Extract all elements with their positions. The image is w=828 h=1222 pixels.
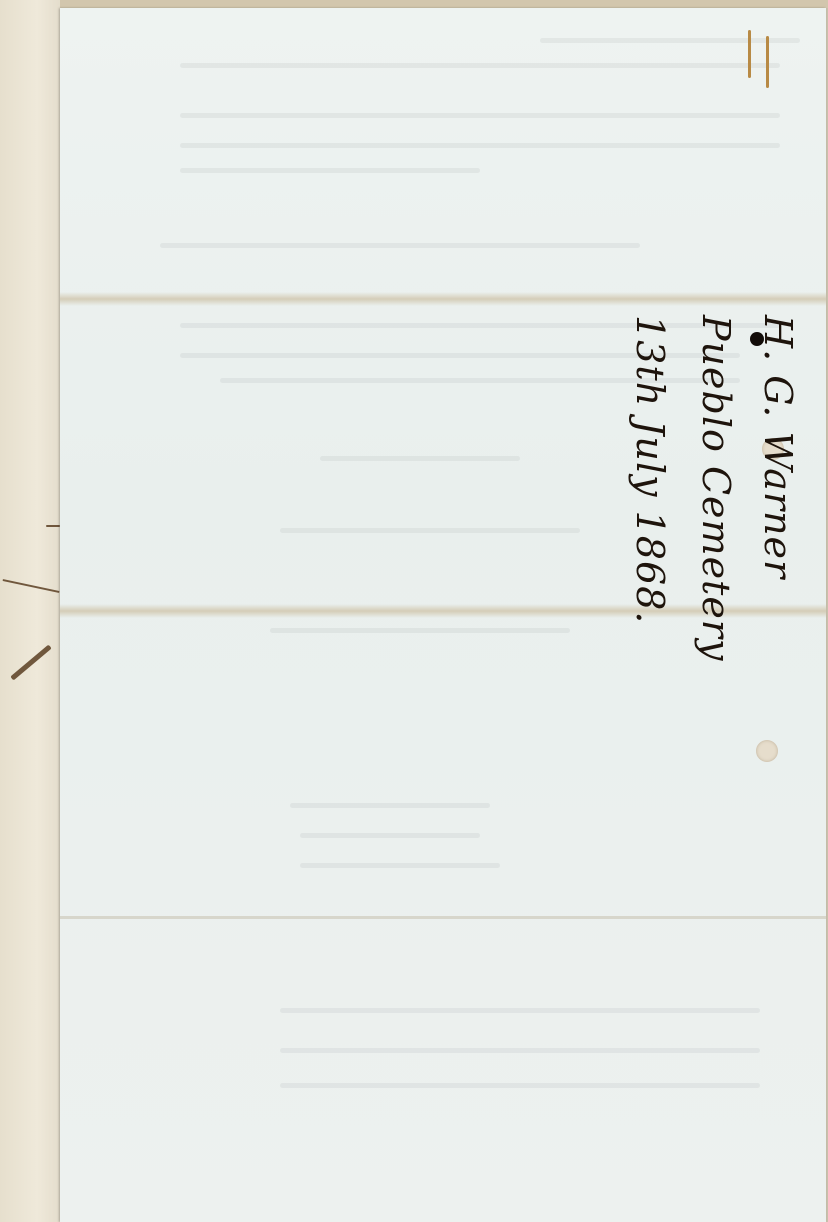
backing-sheet-ink-stroke <box>10 645 52 681</box>
pin-mark <box>748 30 751 78</box>
bleed-through-line <box>280 1083 760 1088</box>
backing-sheet-ink-stroke <box>2 579 59 593</box>
bleed-through-line <box>280 1048 760 1053</box>
fold-crease-lower <box>60 916 826 919</box>
top-edge-strip <box>60 0 828 8</box>
backing-sheet <box>0 0 62 1222</box>
bleed-through-line <box>540 38 800 43</box>
bleed-through-line <box>280 528 580 533</box>
docket-name: H. G. Warner <box>756 315 800 579</box>
bleed-through-line <box>290 803 490 808</box>
backing-sheet-ink-stroke <box>46 525 60 527</box>
bleed-through-line <box>300 833 480 838</box>
bleed-through-line <box>180 63 780 68</box>
docket-date: 13th July 1868. <box>628 315 672 624</box>
bleed-through-line <box>320 456 520 461</box>
bleed-through-line <box>180 113 780 118</box>
bleed-through-line <box>180 323 780 328</box>
bleed-through-line <box>180 143 780 148</box>
bleed-through-line <box>300 863 500 868</box>
docket-place: Pueblo Cemetery <box>694 315 738 661</box>
fold-crease-upper <box>60 292 826 306</box>
bleed-through-line <box>280 1008 760 1013</box>
bleed-through-line <box>270 628 570 633</box>
bleed-through-line <box>180 168 480 173</box>
bleed-through-line <box>160 243 640 248</box>
paper-spot <box>756 740 778 762</box>
pin-mark <box>766 36 769 88</box>
